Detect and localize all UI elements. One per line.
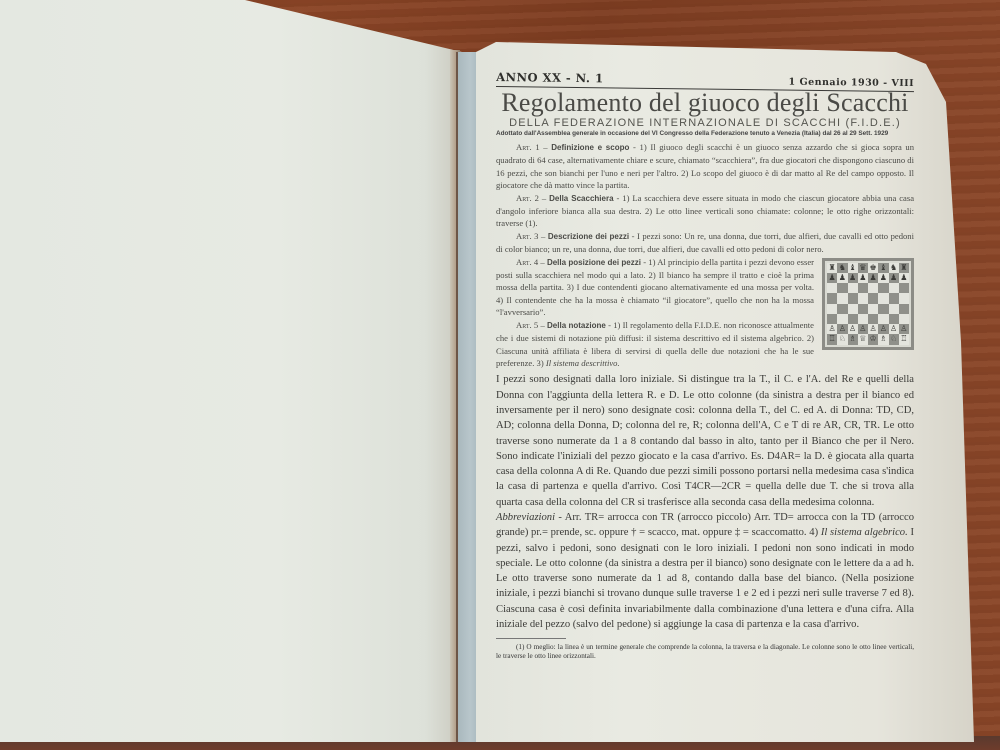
chessboard-square: ♙ <box>827 324 837 334</box>
article-2: Art. 2 – Della Scacchiera - 1) La scacch… <box>496 192 914 230</box>
chessboard-square <box>827 304 837 314</box>
chessboard-square: ♞ <box>837 263 847 273</box>
article-text: 1) Il regolamento della F.I.D.E. non ric… <box>496 320 814 368</box>
chessboard-square <box>858 293 868 303</box>
chessboard-square: ♜ <box>899 263 909 273</box>
algebraic-system-label: Il sistema algebrico. <box>821 527 908 538</box>
chessboard-square: ♙ <box>848 324 858 334</box>
chessboard-square <box>899 314 909 324</box>
chessboard-square <box>868 283 878 293</box>
articles-small-section: Art. 1 – Definizione e scopo - 1) Il giu… <box>496 141 914 369</box>
chessboard-square: ♙ <box>837 324 847 334</box>
footnote-text: (1) O meglio: la linea è un termine gene… <box>496 643 914 660</box>
chessboard-square: ♝ <box>848 263 858 273</box>
chessboard-square <box>868 304 878 314</box>
chessboard-square: ♘ <box>837 334 847 344</box>
chessboard-square <box>858 283 868 293</box>
article-heading: Della posizione dei pezzi <box>547 258 641 267</box>
article-label: Art. 1 <box>516 142 540 152</box>
chessboard-square <box>889 304 899 314</box>
chessboard-square: ♜ <box>827 263 837 273</box>
article-label: Art. 5 <box>516 320 538 330</box>
article-label: Art. 4 <box>516 257 538 267</box>
chessboard-square: ♙ <box>868 324 878 334</box>
chessboard-square: ♛ <box>858 263 868 273</box>
article-text: 1) Al principio della partita i pezzi de… <box>496 257 814 318</box>
chessboard-square <box>837 314 847 324</box>
chessboard-square: ♚ <box>868 263 878 273</box>
chessboard-square <box>837 283 847 293</box>
chessboard-square <box>899 304 909 314</box>
chessboard-square: ♟ <box>889 273 899 283</box>
chessboard-square <box>858 314 868 324</box>
chessboard-square <box>878 283 888 293</box>
chessboard-square: ♖ <box>899 334 909 344</box>
chessboard-square: ♟ <box>837 273 847 283</box>
adoption-note: Adottato dall'Assemblea generale in occa… <box>496 129 914 138</box>
chessboard-square <box>848 283 858 293</box>
article-heading: Descrizione dei pezzi <box>548 232 629 241</box>
chessboard-square: ♙ <box>858 324 868 334</box>
chessboard-square: ♖ <box>827 334 837 344</box>
article-label: Art. 2 <box>516 193 539 203</box>
chessboard-square: ♟ <box>858 273 868 283</box>
abbreviations-label: Abbreviazioni - <box>496 512 562 523</box>
chessboard-square: ♙ <box>878 324 888 334</box>
chessboard-square <box>858 304 868 314</box>
footnote-divider <box>496 638 566 639</box>
issue-date: 1 Gennaio 1930 - VIII <box>789 77 915 90</box>
chessboard-square <box>837 293 847 303</box>
page-content: ANNO XX - N. 1 1 Gennaio 1930 - VIII Reg… <box>496 70 914 661</box>
article-heading: Della notazione <box>547 321 606 330</box>
chessboard-square: ♘ <box>889 334 899 344</box>
chessboard-square <box>889 293 899 303</box>
chessboard-square: ♟ <box>868 273 878 283</box>
chessboard-square <box>878 314 888 324</box>
chessboard-square: ♙ <box>889 324 899 334</box>
chessboard-diagram: ♜♞♝♛♚♝♞♜♟♟♟♟♟♟♟♟♙♙♙♙♙♙♙♙♖♘♗♕♔♗♘♖ <box>822 258 914 350</box>
chessboard-square <box>889 314 899 324</box>
algebraic-system-text: I pezzi, salvo i pedoni, sono designati … <box>496 527 914 630</box>
descriptive-system-label: Il sistema descrittivo. <box>546 358 620 368</box>
chessboard-square <box>889 283 899 293</box>
issue-number: ANNO XX - N. 1 <box>496 70 604 85</box>
chessboard-square <box>899 293 909 303</box>
page-subtitle: DELLA FEDERAZIONE INTERNAZIONALE DI SCAC… <box>496 117 914 129</box>
article-4-with-diagram: ♜♞♝♛♚♝♞♜♟♟♟♟♟♟♟♟♙♙♙♙♙♙♙♙♖♘♗♕♔♗♘♖ Art. 4 … <box>496 256 914 370</box>
chessboard-square <box>868 314 878 324</box>
chessboard-square <box>878 293 888 303</box>
chessboard-square <box>848 293 858 303</box>
chessboard-square <box>848 314 858 324</box>
descriptive-system-text: I pezzi sono designati dalla loro inizia… <box>496 372 914 510</box>
chessboard-square: ♝ <box>878 263 888 273</box>
chessboard-square: ♔ <box>868 334 878 344</box>
chessboard-square <box>848 304 858 314</box>
chessboard-square <box>837 304 847 314</box>
chessboard-square <box>899 283 909 293</box>
chessboard-square: ♗ <box>878 334 888 344</box>
footnote: (1) O meglio: la linea è un termine gene… <box>496 643 914 661</box>
chessboard-square: ♞ <box>889 263 899 273</box>
chessboard-square: ♟ <box>848 273 858 283</box>
left-blank-page <box>0 0 462 742</box>
chessboard-square: ♙ <box>899 324 909 334</box>
article-3: Art. 3 – Descrizione dei pezzi - I pezzi… <box>496 230 914 256</box>
chessboard-square <box>827 283 837 293</box>
chessboard-square <box>868 293 878 303</box>
chessboard-square: ♟ <box>827 273 837 283</box>
chessboard-square <box>827 293 837 303</box>
article-heading: Definizione e scopo <box>551 143 629 152</box>
page-title: Regolamento del giuoco degli Scacchi <box>496 89 914 117</box>
article-heading: Della Scacchiera <box>549 194 613 203</box>
chessboard-square: ♟ <box>899 273 909 283</box>
chessboard-square: ♕ <box>858 334 868 344</box>
abbreviations-paragraph: Abbreviazioni - Arr. TR= arrocca con TR … <box>496 510 914 632</box>
chessboard-square <box>878 304 888 314</box>
article-1: Art. 1 – Definizione e scopo - 1) Il giu… <box>496 141 914 192</box>
chessboard-square <box>827 314 837 324</box>
chessboard-square: ♗ <box>848 334 858 344</box>
articles-large-section: I pezzi sono designati dalla loro inizia… <box>496 372 914 632</box>
article-label: Art. 3 <box>516 231 538 241</box>
chessboard-square: ♟ <box>878 273 888 283</box>
